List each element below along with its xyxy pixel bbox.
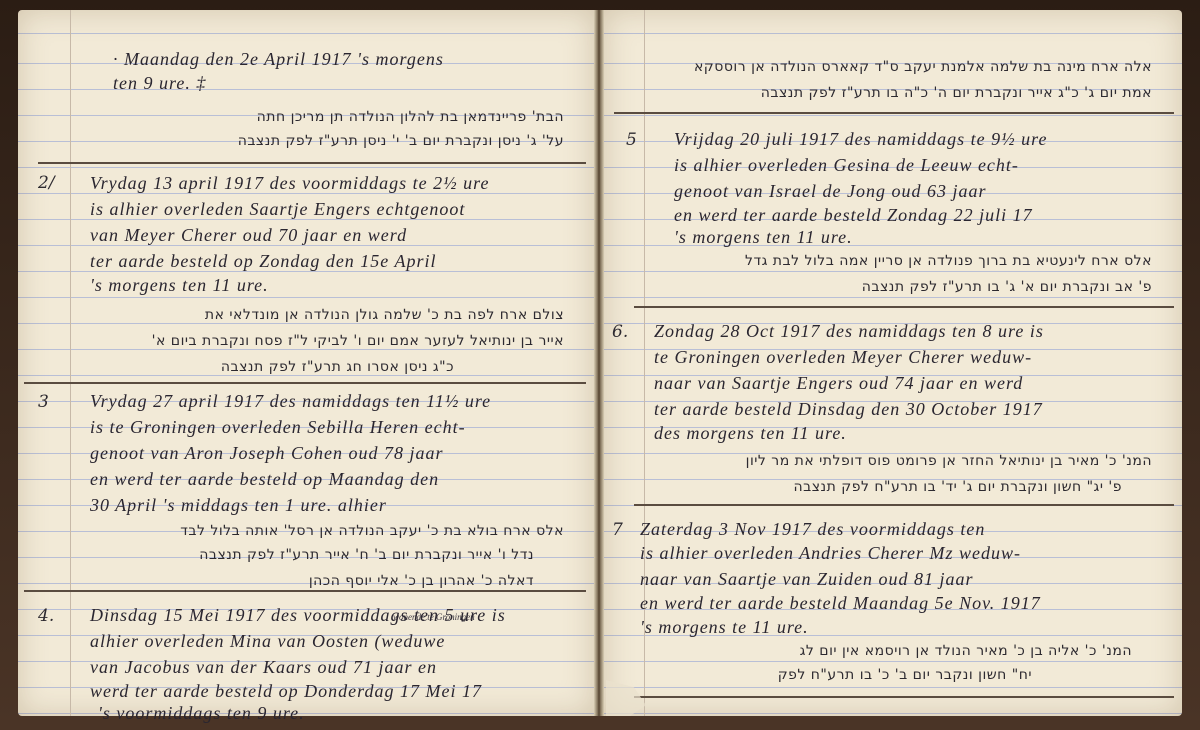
dutch-line: is alhier overleden Gesina de Leeuw echt… <box>674 152 1162 178</box>
dutch-line: ten 9 ure. ‡ <box>113 70 574 96</box>
hebrew-line: יח" חשון ונקבר יום ב' כ' בו תרע"ח לפק <box>778 662 1032 688</box>
dutch-line: 's morgens ten 11 ure. <box>90 272 574 298</box>
entry-number: 4. <box>38 606 54 626</box>
dutch-line: des morgens ten 11 ure. <box>654 420 1162 446</box>
notebook-spread: · Maandag den 2e April 1917 's morgens t… <box>0 0 1200 730</box>
dutch-line: genoot van Israel de Jong oud 63 jaar <box>674 178 1162 204</box>
entry-number: 7 <box>612 520 623 540</box>
entry-number: 3 <box>38 392 49 412</box>
dutch-line: Zaterdag 3 Nov 1917 des voormiddags ten <box>640 516 1162 542</box>
hebrew-line: המנ' כ' מאיר בן ינותיאל החזר אן פרומט פו… <box>746 448 1152 474</box>
hebrew-line: פ' יג" חשון ונקברת יום ג' יד' בו תרע"ח ל… <box>794 474 1123 500</box>
hebrew-line: נדל ו' אייר ונקברת יום ב' ח' אייר תרע"ז … <box>199 542 534 568</box>
dutch-line: van Jacobus van der Kaars oud 71 jaar en <box>90 654 574 680</box>
dutch-line: is alhier overleden Saartje Engers echtg… <box>90 196 574 222</box>
dutch-line: Vrijdag 20 juli 1917 des namiddags te 9½… <box>674 126 1162 152</box>
dutch-line: 's morgens te 11 ure. <box>640 614 1162 640</box>
dutch-line: en werd ter aarde besteld Maandag 5e Nov… <box>640 590 1162 616</box>
hebrew-line: על' ג' ניסן ונקברת יום ב' י' ניסן תרע"ז … <box>238 128 564 154</box>
dutch-line: is alhier overleden Andries Cherer Mz we… <box>640 540 1162 566</box>
hebrew-line: אמת יום ג' כ"ג אייר ונקברת יום ה' כ"ה בו… <box>761 80 1152 106</box>
dutch-line: naar van Saartje van Zuiden oud 81 jaar <box>640 566 1162 592</box>
hebrew-line: אלס ארח בולא בת כ' יעקב הנולדה אן רסל' א… <box>180 518 564 544</box>
entry-divider <box>38 162 586 164</box>
dutch-line: te Groningen overleden Meyer Cherer wedu… <box>654 344 1162 370</box>
entry-number: 6. <box>612 322 628 342</box>
dutch-line: naar van Saartje Engers oud 74 jaar en w… <box>654 370 1162 396</box>
dutch-line: 30 April 's middags ten 1 ure. alhier <box>90 492 574 518</box>
entry-divider <box>634 504 1174 506</box>
hebrew-line: אייר בן ינותיאל לעזער אמם יום ו' לביקי ל… <box>152 328 564 354</box>
hebrew-line: צולם ארח לפה בת כ' שלמה גולן הנולדה אן מ… <box>205 302 564 328</box>
dutch-line: genoot van Aron Joseph Cohen oud 78 jaar <box>90 440 574 466</box>
dutch-line: ter aarde besteld Dinsdag den 30 October… <box>654 396 1162 422</box>
entry-divider <box>614 112 1174 114</box>
book-spine <box>594 10 604 716</box>
hebrew-line: המנ' כ' אליה בן כ' מאיר הנולד אן רויסמא … <box>800 638 1132 664</box>
entry-divider <box>24 382 586 384</box>
dutch-line: van Meyer Cherer oud 70 jaar en werd <box>90 222 574 248</box>
dutch-line: is te Groningen overleden Sebilla Heren … <box>90 414 574 440</box>
hebrew-line: הבת' פריינדמאן בת להלון הנולדה תן מריכן … <box>257 104 564 130</box>
entry-divider <box>24 590 586 592</box>
margin-line <box>70 10 71 716</box>
dutch-line: en werd ter aarde besteld op Maandag den <box>90 466 574 492</box>
dutch-line: ter aarde besteld op Zondag den 15e Apri… <box>90 248 574 274</box>
right-page: אלה ארח מינה בת שלמה אלמנת יעקב ס"ד קאאר… <box>604 10 1182 716</box>
entry-number: 5 <box>626 130 637 150</box>
dutch-line: Zondag 28 Oct 1917 des namiddags ten 8 u… <box>654 318 1162 344</box>
hebrew-line: פ' אב ונקברת יום א' ג' בו תרע"ז לפק תנצב… <box>862 274 1152 300</box>
hebrew-line: אלס ארח לינעטיא בת ברוך פנולדה אן סריין … <box>745 248 1152 274</box>
dutch-line: Dinsdag 15 Mei 1917 des voormiddags ten … <box>90 602 574 628</box>
entry-divider <box>634 306 1174 308</box>
hebrew-line: אלה ארח מינה בת שלמה אלמנת יעקב ס"ד קאאר… <box>694 54 1152 80</box>
dutch-line: 's voormiddags ten 9 ure. <box>98 700 574 726</box>
left-page: · Maandag den 2e April 1917 's morgens t… <box>18 10 594 716</box>
dutch-line: Vrydag 13 april 1917 des voormiddags te … <box>90 170 574 196</box>
hebrew-line: כ"ג ניסן אסרו חג תרע"ז לפק תנצבה <box>221 354 454 380</box>
dutch-line: · Maandag den 2e April 1917 's morgens <box>113 46 574 72</box>
entry-divider <box>634 696 1174 698</box>
entry-number: 2/ <box>38 173 55 193</box>
dutch-line: alhier overleden Mina van Oosten (weduwe <box>90 628 574 654</box>
dutch-line: 's morgens ten 11 ure. <box>674 224 1162 250</box>
dutch-line: Vrydag 27 april 1917 des namiddags ten 1… <box>90 388 574 414</box>
